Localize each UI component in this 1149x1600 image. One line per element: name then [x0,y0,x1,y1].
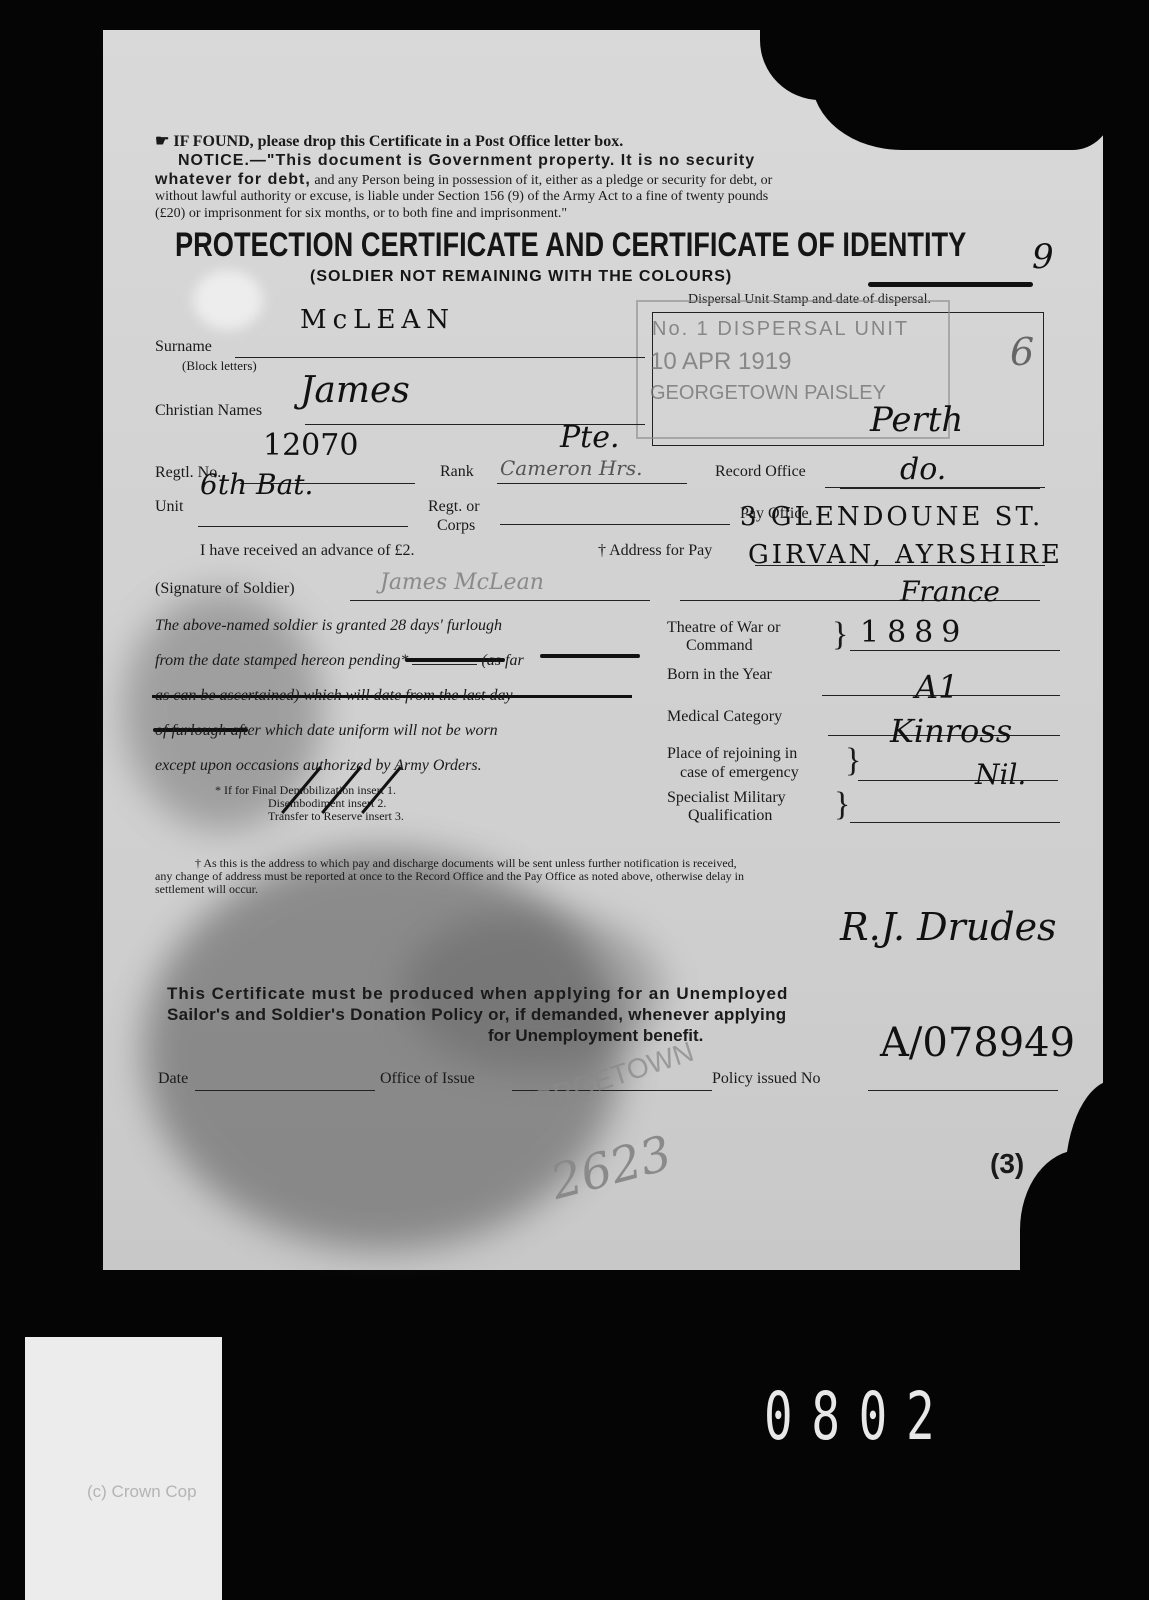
policy-issued-label: Policy issued No [712,1070,820,1088]
rejoin-line [858,780,1058,781]
furlough-text: The above-named soldier is granted 28 da… [155,617,502,635]
furlough-text: as can be ascertained) which will date f… [155,687,513,705]
theatre-line [850,650,1060,651]
specialist-label: Qualification [688,807,772,825]
margin-number: 9 [1032,237,1054,277]
furlough-note: Transfer to Reserve insert 3. [268,809,404,824]
notice-text: without lawful authority or excuse, is l… [155,189,768,205]
unemployment-notice: This Certificate must be produced when a… [167,984,788,1004]
copyright-text: (c) Crown Cop [87,1482,197,1502]
policy-number-field[interactable]: A/078949 [880,1020,1075,1066]
specialist-line [850,822,1060,823]
office-of-issue-label: Office of Issue [380,1070,475,1088]
notice-text: whatever for debt, and any Person being … [155,171,772,189]
born-year-field[interactable]: 1889 [860,615,968,650]
policy-issued-line [868,1090,1058,1091]
form-number: (3) [990,1148,1024,1180]
copyright-card: (c) Crown Cop [25,1337,222,1600]
signature-label: (Signature of Soldier) [155,580,295,598]
specialist-label: Specialist Military [667,789,786,807]
strike-mark [868,282,1033,287]
surname-label: Surname [155,338,212,356]
theatre-field[interactable]: France [900,575,1000,608]
unit-field[interactable]: 6th Bat. [200,468,313,501]
date-label: Date [158,1070,188,1088]
record-office-label: Record Office [715,463,806,481]
officer-signature: R.J. Drudes [840,905,1057,949]
surname-line [235,357,645,358]
brace: } [845,744,861,778]
rejoin-label: case of emergency [680,764,799,782]
born-label: Born in the Year [667,666,772,684]
margin-number: 6 [1010,330,1034,374]
rejoin-label: Place of rejoining in [667,745,797,763]
address-line1-field[interactable]: 3 GLENDOUNE ST. [740,502,1043,532]
rank-label: Rank [440,463,474,481]
pay-office-line [840,488,1040,489]
advance-text: I have received an advance of £2. [200,542,415,560]
footnote-text: settlement will occur. [155,882,258,897]
furlough-text: from the date stamped hereon pending*(as… [155,652,524,670]
unit-line [198,526,408,527]
paper-wear [193,270,263,330]
theatre-label: Theatre of War or [667,619,780,637]
specialist-field[interactable]: Nil. [975,758,1026,791]
christian-names-field[interactable]: James [300,370,410,411]
rank-field[interactable]: Pte. [560,420,620,455]
page-subtitle: (SOLDIER NOT REMAINING WITH THE COLOURS) [310,268,732,286]
christian-names-label: Christian Names [155,402,262,420]
surname-hint: (Block letters) [182,358,257,374]
torn-edge [812,60,1112,150]
record-office-field[interactable]: Perth [870,400,963,440]
stamp-unit: No. 1 DISPERSAL UNIT [652,318,909,341]
pointing-hand-icon: ☛ [155,133,173,150]
rank-line [497,483,687,484]
address-label: † Address for Pay [598,542,712,560]
medical-label: Medical Category [667,708,782,726]
soldier-signature: James McLean [380,570,544,595]
page-title: PROTECTION CERTIFICATE AND CERTIFICATE O… [175,226,966,265]
stamp-date: 10 APR 1919 [650,348,791,376]
strike-mark [540,654,640,658]
rejoin-field[interactable]: Kinross [890,712,1012,750]
unemployment-notice: Sailor's and Soldier's Donation Policy o… [167,1005,786,1025]
address-line2-field[interactable]: GIRVAN, AYRSHIRE [748,540,1063,570]
regtl-no-field[interactable]: 12070 [263,428,358,463]
date-line [195,1090,375,1091]
theatre-label: Command [686,637,753,655]
brace: } [834,788,850,822]
brace: } [832,618,848,652]
surname-field[interactable]: McLEAN [300,305,455,335]
furlough-text: of furlough after which date uniform wil… [155,722,498,740]
unit-label: Unit [155,498,183,516]
notice-text: (£20) or imprisonment for six months, or… [155,206,567,222]
pay-office-field[interactable]: do. [900,452,946,487]
stamp-location: GEORGETOWN PAISLEY [650,382,886,405]
signature-line [350,600,650,601]
medical-category-field[interactable]: A1 [915,668,958,706]
rank-extra-field[interactable]: Cameron Hrs. [500,456,643,480]
notice-heading: NOTICE.—"This document is Government pro… [178,152,755,170]
if-found-notice: ☛ IF FOUND, please drop this Certificate… [155,131,623,151]
frame-counter: 0802 [764,1378,953,1455]
regt-corps-label: Regt. or [428,498,480,516]
regt-corps-line [500,524,730,525]
regt-corps-label: Corps [437,517,475,535]
